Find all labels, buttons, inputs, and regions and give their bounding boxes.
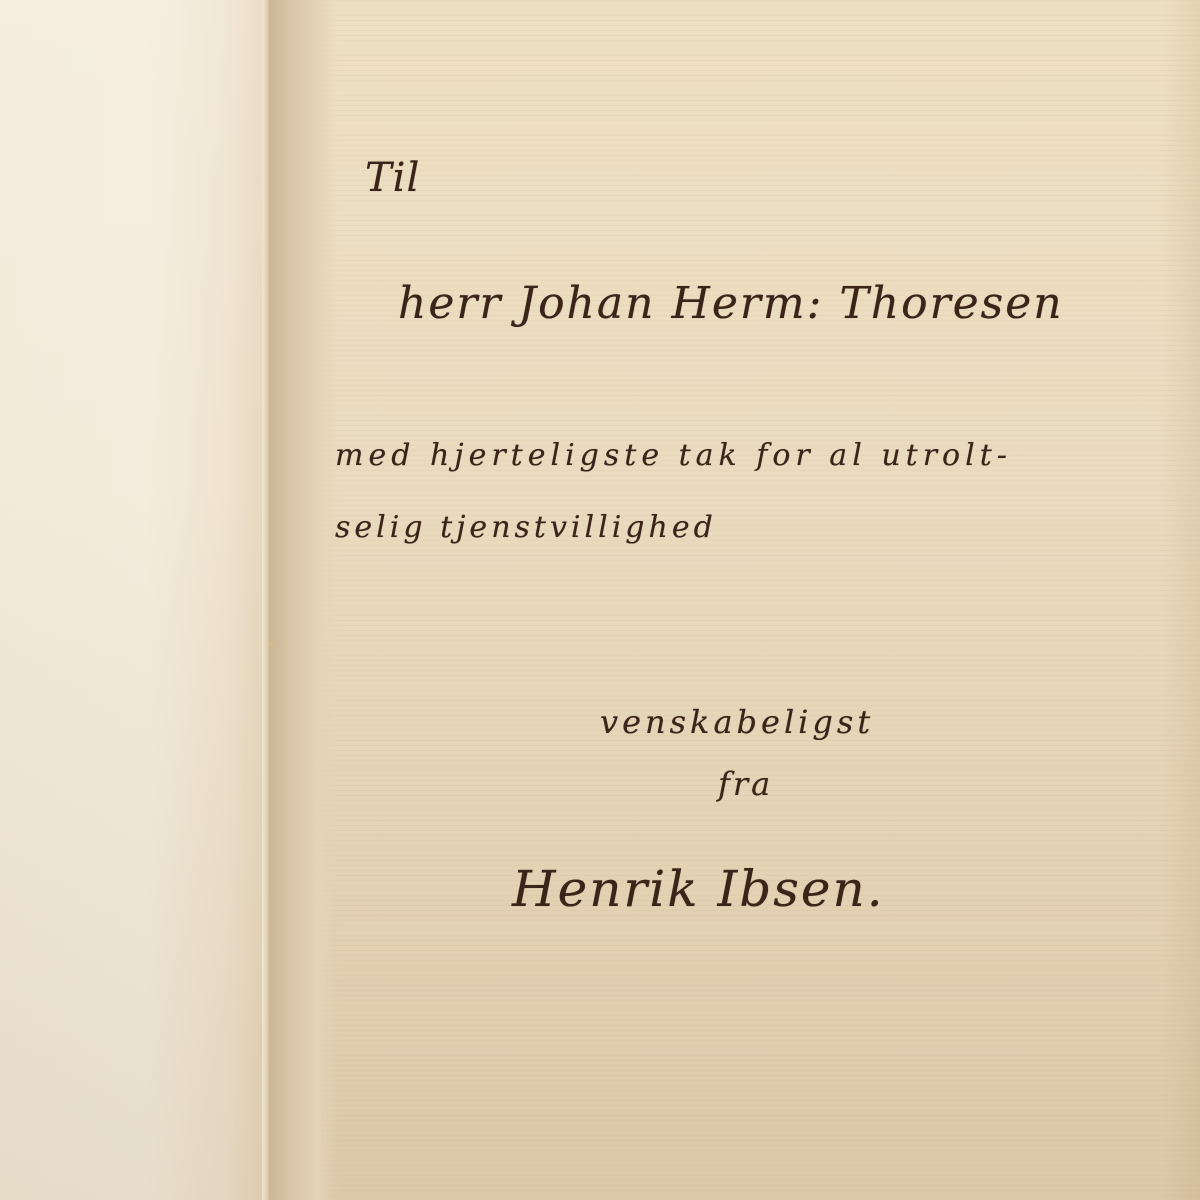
- inscription-from: fra: [718, 765, 773, 803]
- book-photo: Til herr Johan Herm: Thoresen med hjerte…: [0, 0, 1200, 1200]
- book-gutter-shadow: [268, 0, 338, 1200]
- page-edge: [262, 0, 270, 1200]
- inscription-signature: Henrik Ibsen.: [512, 860, 885, 918]
- inscription-closing: venskabeligst: [600, 703, 874, 741]
- left-page: [0, 0, 268, 1200]
- inscription-body-line: med hjerteligste tak for al utrolt-: [335, 438, 1012, 473]
- inscription-recipient: herr Johan Herm: Thoresen: [398, 278, 1064, 329]
- inscription-salutation: Til: [365, 155, 420, 201]
- paper-speck: [270, 642, 273, 647]
- inscription-body-line: selig tjenstvillighed: [335, 510, 717, 545]
